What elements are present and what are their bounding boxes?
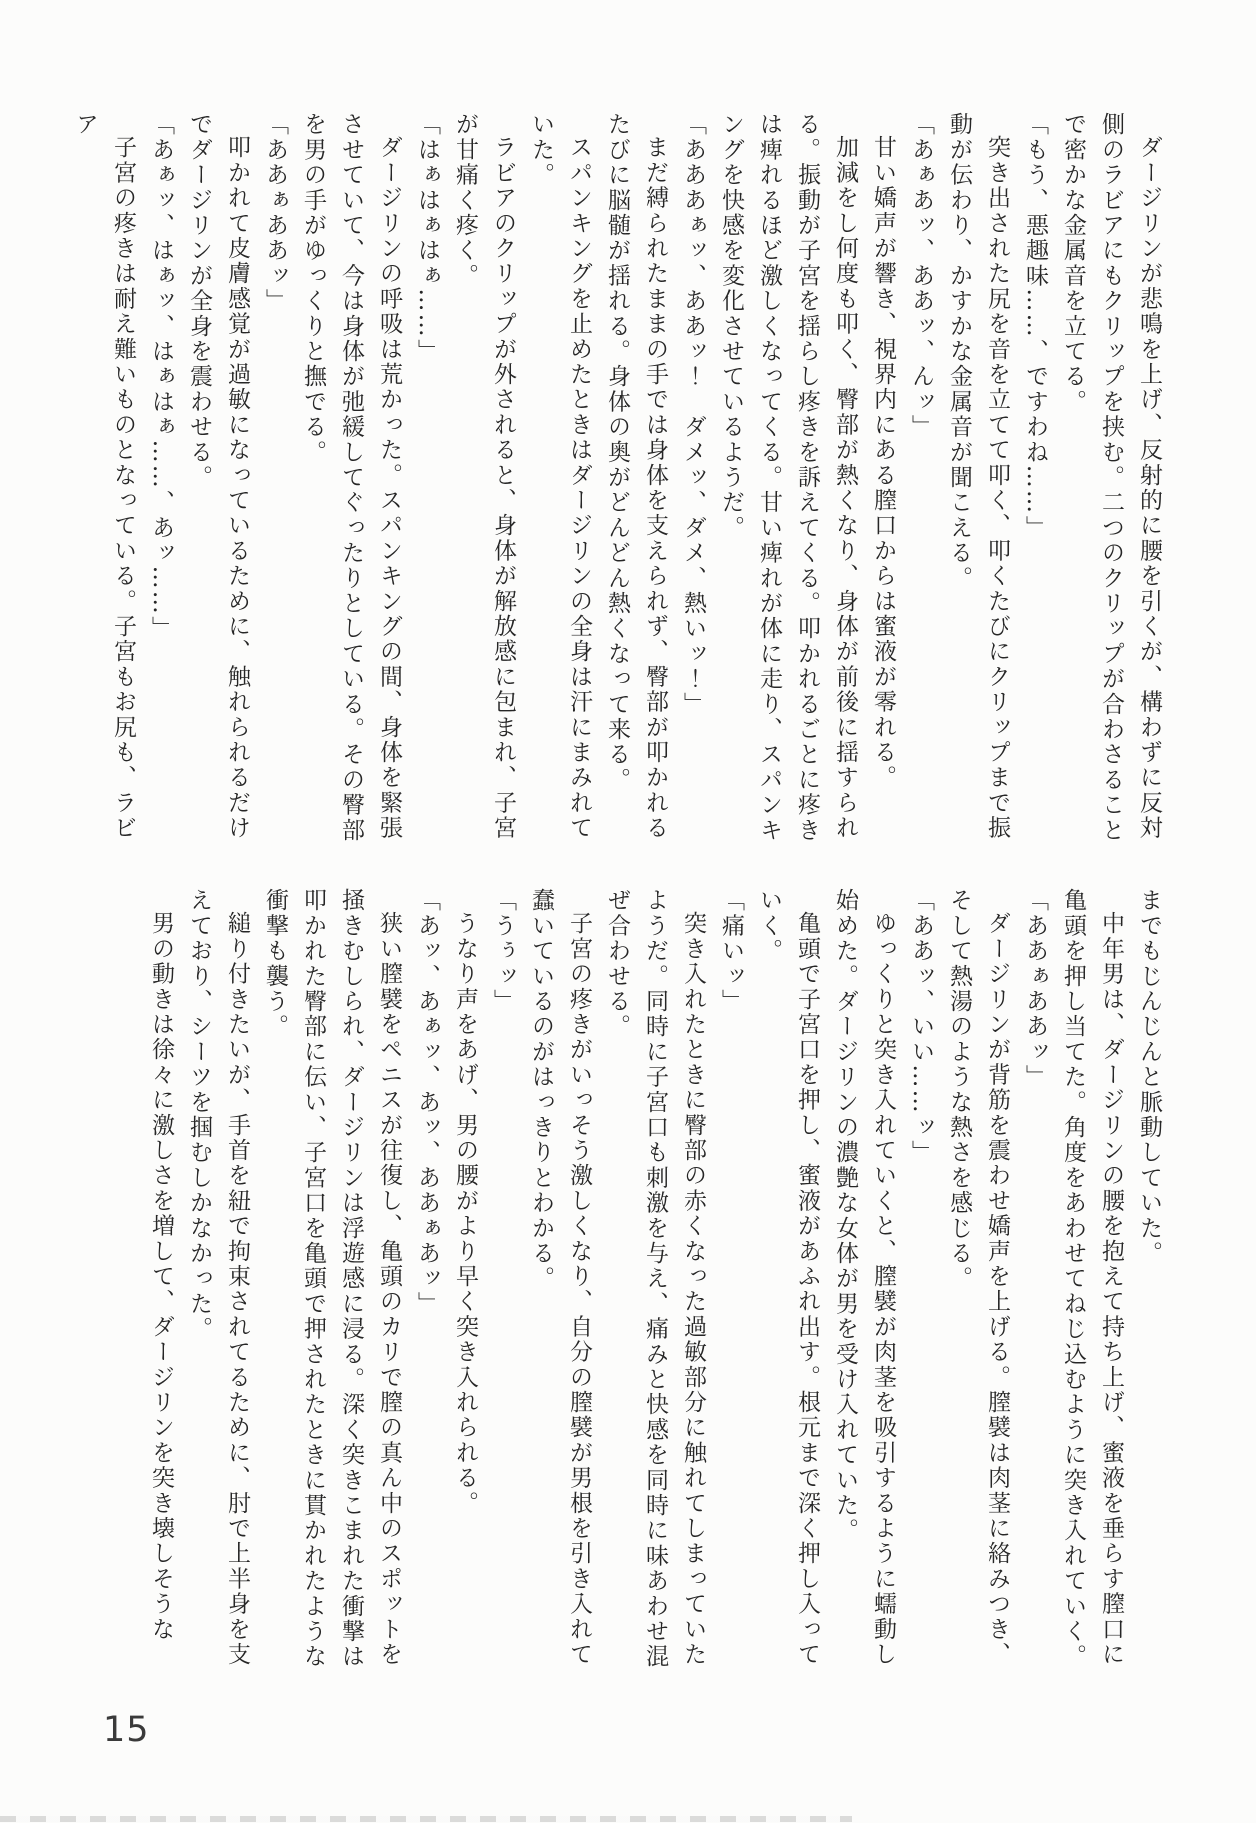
paragraph: 狭い膣襞をペニスが往復し、亀頭のカリで膣の真ん中のスポットを掻きむしられ、ダージ… (256, 888, 408, 1670)
text-block-bottom: までもじんじんと脈動していた。 中年男は、ダージリンの腰を抱えて持ち上げ、蜜液を… (100, 888, 1168, 1670)
paragraph: ダージリンが背筋を震わせ嬌声を上げる。膣襞は肉茎に絡みつき、そして熱湯のような熱… (940, 888, 1016, 1670)
paragraph: 子宮の疼きがいっそう激しくなり、自分の膣襞が男根を引き入れて蠢いているのがはっき… (522, 888, 598, 1670)
paragraph: 甘い嬌声が響き、視界内にある膣口からは蜜液が零れる。 (864, 112, 902, 854)
scan-edge-artifact (0, 1816, 852, 1822)
paragraph: 縋り付きたいが、手首を紐で拘束されてるために、肘で上半身を支えており、シーツを掴… (180, 888, 256, 1670)
paragraph: ゆっくりと突き入れていくと、膣襞が肉茎を吸引するように蠕動し始めた。ダージリンの… (826, 888, 902, 1670)
dialogue-line: 「ああぁああッ」 (1016, 888, 1054, 1670)
paragraph-continuation: までもじんじんと脈動していた。 (1130, 888, 1168, 1670)
paragraph: ダージリンの呼吸は荒かった。スパンキングの間、身体を緊張させていて、今は身体が弛… (294, 112, 408, 854)
paragraph: まだ縛られたままの手では身体を支えられず、臀部が叩かれるたびに脳髄が揺れる。身体… (598, 112, 674, 854)
dialogue-line: 「あぁッ、はぁッ、はぁはぁ……、あッ……」 (142, 112, 180, 854)
dialogue-line: 「もう、悪趣味……、ですわね……」 (1016, 112, 1054, 854)
text-block-top: ダージリンが悲鳴を上げ、反射的に腰を引くが、構わずに反対側のラビアにもクリップを… (100, 112, 1168, 854)
dialogue-line: 「あッ、あぁッ、あッ、ああぁあッ」 (408, 888, 446, 1670)
dialogue-line: 「あぁあッ、ああッ、んッ」 (902, 112, 940, 854)
dialogue-line: 「うぅッ」 (484, 888, 522, 1670)
paragraph: 叩かれて皮膚感覚が過敏になっているために、触れられるだけでダージリンが全身を震わ… (180, 112, 256, 854)
paragraph: 加減をし何度も叩く、臀部が熱くなり、身体が前後に揺すられる。振動が子宮を揺らし疼… (712, 112, 864, 854)
dialogue-line: 「ああッ、いい……ッ」 (902, 888, 940, 1670)
dialogue-line: 「ああぁああッ」 (256, 112, 294, 854)
paragraph: 子宮の疼きは耐え難いものとなっている。子宮もお尻も、ラビア (66, 112, 142, 854)
scanned-novel-page: ダージリンが悲鳴を上げ、反射的に腰を引くが、構わずに反対側のラビアにもクリップを… (0, 0, 1256, 1823)
paragraph: 突き入れたときに臀部の赤くなった過敏部分に触れてしまっていたようだ。同時に子宮口… (598, 888, 712, 1670)
paragraph: 男の動きは徐々に激しさを増して、ダージリンを突き壊しそうな (142, 888, 180, 1670)
paragraph: うなり声をあげ、男の腰がより早く突き入れられる。 (446, 888, 484, 1670)
dialogue-line: 「はぁはぁはぁ……」 (408, 112, 446, 854)
page-number: 15 (103, 1710, 150, 1750)
paragraph: 突き出された尻を音を立てて叩く、叩くたびにクリップまで振動が伝わり、かすかな金属… (940, 112, 1016, 854)
paragraph: スパンキングを止めたときはダージリンの全身は汗にまみれていた。 (522, 112, 598, 854)
paragraph: ラビアのクリップが外されると、身体が解放感に包まれ、子宮が甘痛く疼く。 (446, 112, 522, 854)
paragraph: 中年男は、ダージリンの腰を抱えて持ち上げ、蜜液を垂らす膣口に亀頭を押し当てた。角… (1054, 888, 1130, 1670)
paragraph: ダージリンが悲鳴を上げ、反射的に腰を引くが、構わずに反対側のラビアにもクリップを… (1054, 112, 1168, 854)
paragraph: 亀頭で子宮口を押し、蜜液があふれ出す。根元まで深く押し入っていく。 (750, 888, 826, 1670)
dialogue-line: 「あああぁッ、ああッ！ ダメッ、ダメ、熱いッ！」 (674, 112, 712, 854)
dialogue-line: 「痛いッ」 (712, 888, 750, 1670)
